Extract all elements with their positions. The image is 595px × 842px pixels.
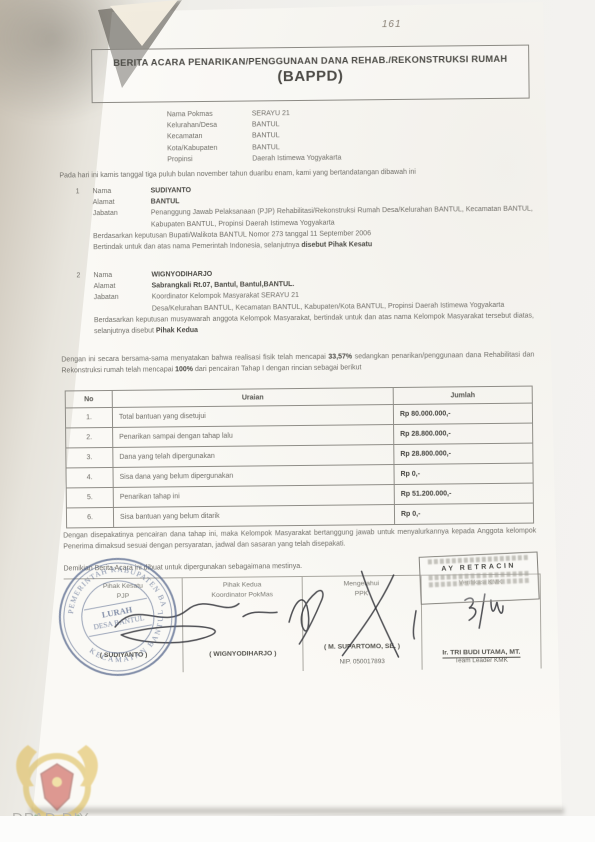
field-label: Alamat: [94, 281, 152, 293]
info-value: BANTUL: [252, 119, 280, 130]
row-jumlah: Rp 0,-: [394, 463, 533, 484]
sig-title: Team Leader KMK: [422, 656, 540, 664]
scan-bottom-margin: [0, 816, 595, 842]
document-title-abbrev: (BAPPD): [92, 66, 528, 88]
row-uraian: Sisa bantuan yang belum ditarik: [113, 505, 394, 528]
row-jumlah: Rp 51.200.000,-: [394, 483, 533, 504]
field-label: Nama: [93, 270, 151, 282]
info-label: Kelurahan/Desa: [167, 120, 252, 132]
statement-text: Dengan ini secara bersama-sama menyataka…: [61, 354, 328, 364]
row-no: 5.: [66, 487, 113, 507]
fund-usage-percent: 100%: [175, 366, 193, 373]
funds-table: No Uraian Jumlah 1.Total bantuan yang di…: [65, 386, 534, 529]
row-jumlah: Rp 28.800.000,-: [394, 423, 533, 444]
info-value: BANTUL: [252, 131, 280, 142]
document-content: 161 BERITA ACARA PENARIKAN/PENGGUNAAN DA…: [0, 0, 595, 842]
info-label: Kecamatan: [167, 131, 252, 143]
village-stamp: PEMERINTAH KABUPATEN BANTUL KECAMATAN BA…: [41, 543, 194, 693]
sig-name: ( M. SUPARTOMO, SE. ): [303, 643, 421, 651]
row-jumlah: Rp 0,-: [394, 503, 533, 524]
col-no-header: No: [65, 390, 112, 407]
table-row: 6.Sisa bantuan yang belum ditarikRp 0,-: [66, 503, 533, 528]
realization-statement: Dengan ini secara bersama-sama menyataka…: [61, 350, 534, 377]
col-jumlah-header: Jumlah: [393, 386, 532, 404]
opening-paragraph: Pada hari ini kamis tanggal tiga puluh b…: [59, 166, 532, 182]
field-label: Nama: [93, 186, 151, 198]
party2-block: 2NamaWIGNYODIHARJO AlamatSabrangkali Rt.…: [76, 266, 534, 338]
title-box: BERITA ACARA PENARIKAN/PENGGUNAAN DANA R…: [91, 45, 530, 104]
company-stamp: AY RETRACIN: [419, 551, 540, 604]
info-row: PropinsiDaerah Istimewa Yogyakarta: [167, 151, 497, 166]
sig-role-sub: Koordinator PokMas: [183, 590, 301, 601]
info-label: Propinsi: [167, 153, 252, 165]
party-number: 2: [76, 270, 93, 281]
sig-role-sub: PPK: [302, 589, 420, 600]
row-jumlah: Rp 28.800.000,-: [394, 443, 533, 464]
info-label: Kota/Kabupaten: [167, 142, 252, 154]
statement-text: dari pencairan Tahap I dengan rincian se…: [193, 365, 361, 374]
info-label: Nama Pokmas: [167, 108, 252, 120]
info-value: SERAYU 21: [252, 108, 290, 120]
signature-col-pihak-kedua: Pihak KeduaKoordinator PokMas ( WIGNYODI…: [182, 577, 302, 672]
party2-acting-clause: Berdasarkan keputusan musyawarah anggota…: [94, 310, 534, 337]
row-no: 4.: [66, 467, 113, 487]
field-label: Alamat: [93, 197, 151, 209]
sig-nip: NIP. 050017893: [303, 658, 421, 666]
physical-progress-percent: 33,57%: [328, 353, 352, 360]
row-no: 2.: [66, 427, 113, 447]
info-value: Daerah Istimewa Yogyakarta: [252, 152, 341, 164]
info-value: BANTUL: [252, 142, 280, 153]
pokmas-info-block: Nama PokmasSERAYU 21 Kelurahan/DesaBANTU…: [167, 106, 498, 165]
signature-col-ppk: MengetahuiPPK ( M. SUPARTOMO, SE. ) NIP.…: [301, 576, 421, 671]
party-number: 1: [76, 186, 93, 197]
party1-block: 1NamaSUDIYANTO AlamatBANTUL JabatanPenan…: [76, 182, 534, 254]
party2-designation: Pihak Kedua: [156, 327, 198, 334]
party1-position: Penanggung Jawab Pelaksanaan (PJP) Rehab…: [151, 204, 533, 230]
sig-name: ( WIGNYODIHARJO ): [184, 650, 302, 658]
page-bottom-shadow: [30, 806, 564, 816]
handwritten-page-number: 161: [382, 19, 402, 30]
row-no: 1.: [65, 407, 112, 427]
row-no: 3.: [66, 447, 113, 467]
row-no: 6.: [66, 507, 113, 527]
row-jumlah: Rp 80.000.000,-: [393, 403, 532, 424]
field-label: Jabatan: [94, 292, 152, 304]
clause-text: Bertindak untuk dan atas nama Pemerintah…: [93, 242, 301, 251]
field-label: Jabatan: [93, 208, 151, 231]
party1-designation: disebut Pihak Kesatu: [301, 241, 372, 249]
